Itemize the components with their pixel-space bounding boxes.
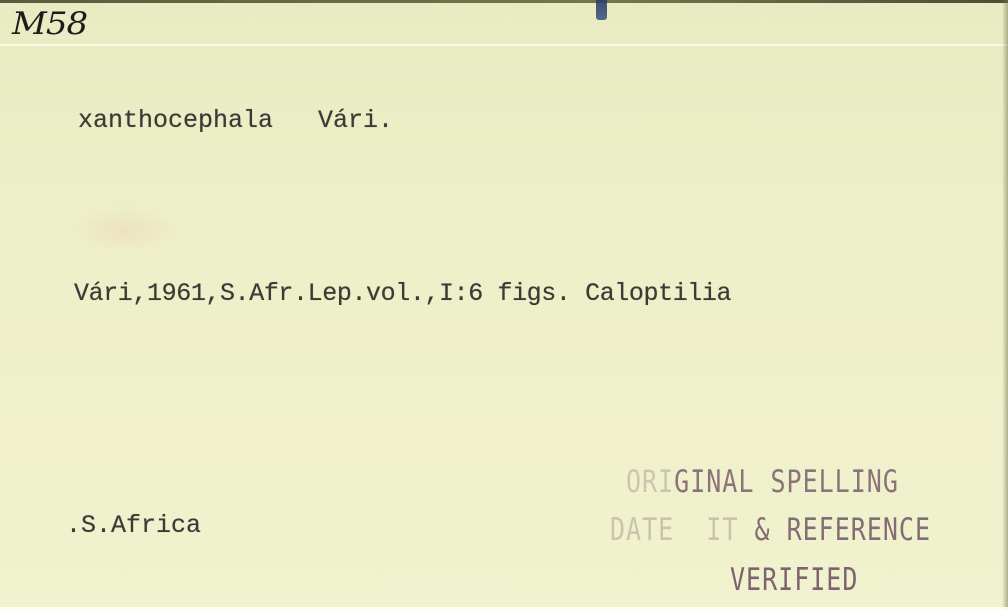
- stamp-faded-text: ORI: [626, 463, 674, 499]
- blue-tab-marker: [596, 0, 607, 20]
- card-crease-line: [0, 44, 1008, 46]
- stamp-faded-text: DATE IT: [610, 511, 738, 547]
- stamp-line-original-spelling: ORIGINAL SPELLING: [626, 463, 899, 499]
- region-entry: .S.Africa: [66, 511, 201, 540]
- index-card: M58 xanthocephala Vári. Vári,1961,S.Afr.…: [0, 0, 1008, 610]
- catalog-number: M58: [12, 6, 87, 42]
- card-right-edge: [1002, 0, 1008, 610]
- card-top-edge: [0, 0, 1008, 3]
- species-entry: xanthocephala Vári.: [78, 106, 393, 135]
- stamp-line-reference: DATE IT & REFERENCE: [610, 511, 931, 547]
- stamp-text: & REFERENCE: [738, 511, 931, 547]
- reference-entry: Vári,1961,S.Afr.Lep.vol.,I:6 figs. Calop…: [74, 279, 731, 308]
- stamp-line-verified: VERIFIED: [730, 561, 858, 597]
- stamp-text: GINAL SPELLING: [674, 463, 899, 499]
